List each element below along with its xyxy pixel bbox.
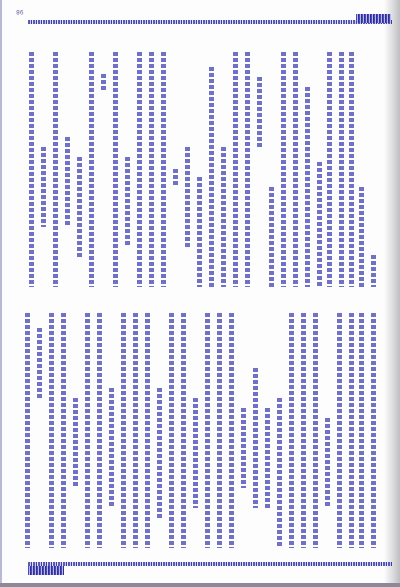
text-line [25,313,30,548]
text-column [312,300,319,548]
text-column [84,300,91,548]
text-column [370,42,377,287]
text-column [244,42,251,287]
text-column [220,42,227,287]
text-column [60,300,67,548]
text-line [161,52,166,287]
page-left-edge [0,0,2,587]
text-line [125,157,130,247]
text-column [276,300,283,548]
text-line [359,187,364,287]
text-line [277,398,282,548]
text-line [209,67,214,287]
text-line [49,313,54,548]
text-column [40,42,47,227]
text-column [180,300,187,548]
text-column [358,42,365,287]
text-line [185,147,190,247]
text-line [133,313,138,548]
text-line [269,187,274,287]
text-line [337,313,342,548]
text-line [253,368,258,508]
text-column [76,42,83,257]
text-column [326,42,333,287]
text-line [109,388,114,508]
text-column [48,300,55,548]
text-column [36,300,43,398]
text-line [149,52,154,287]
upper-text-tier [22,42,382,287]
text-line [169,313,174,548]
text-column [304,42,311,287]
top-right-ornament-block [356,14,391,23]
text-line [77,157,82,257]
text-line [89,52,94,287]
text-column [196,42,203,287]
text-column [292,42,299,287]
text-line [339,52,344,287]
text-line [193,398,198,508]
lower-text-tier [22,300,382,548]
text-column [112,42,119,287]
text-column [256,42,263,147]
text-column [348,42,355,287]
text-line [265,408,270,508]
text-line [325,418,330,508]
text-column [264,300,271,508]
text-column [192,300,199,508]
text-line [197,177,202,287]
text-column [172,42,179,187]
text-line [301,313,306,548]
text-column [96,300,103,548]
text-line [53,52,58,287]
text-column [120,300,127,548]
text-line [73,398,78,488]
text-line [121,313,126,548]
text-line [281,52,286,287]
text-column [136,42,143,287]
text-column [52,42,59,287]
text-line [317,162,322,287]
text-column [268,42,275,287]
text-line [313,313,318,548]
text-column [64,42,71,227]
text-line [37,328,42,398]
text-column [208,42,215,287]
text-line [233,52,238,287]
text-line [229,313,234,548]
text-column [184,42,191,247]
text-line [145,313,150,548]
text-column [108,300,115,508]
bottom-ornamental-border [28,562,392,566]
text-column [280,42,287,287]
text-line [157,388,162,518]
text-column [124,42,131,247]
page-number: 98 [16,8,24,15]
page-bottom-edge [0,583,400,587]
text-line [241,408,246,488]
text-column [216,300,223,548]
text-line [371,313,376,548]
text-column [228,300,235,548]
text-column [100,42,107,92]
text-line [61,313,66,548]
text-line [65,137,70,227]
text-column [252,300,259,508]
text-line [101,74,106,92]
text-column [204,300,211,548]
text-line [113,52,118,287]
text-column [370,300,377,548]
text-column [240,300,247,488]
text-line [371,255,376,287]
text-line [97,313,102,548]
text-column [160,42,167,287]
text-column [324,300,331,508]
text-line [221,147,226,287]
text-column [288,300,295,548]
text-line [173,169,178,187]
text-column [316,42,323,287]
text-column [232,42,239,287]
text-column [144,300,151,548]
text-column [132,300,139,548]
text-line [349,313,354,548]
text-line [137,52,142,287]
bottom-left-ornament-block [28,566,64,575]
text-column [24,300,31,548]
top-ornamental-border [28,20,392,24]
text-line [349,52,354,287]
binding-gutter-shadow [384,0,400,587]
text-column [156,300,163,518]
text-column [300,300,307,548]
text-line [29,52,34,287]
text-line [293,52,298,287]
text-line [41,147,46,227]
text-column [72,300,79,488]
text-column [338,42,345,287]
text-line [257,77,262,147]
text-column [358,300,365,548]
text-line [181,313,186,548]
text-line [217,313,222,548]
text-column [168,300,175,548]
text-column [348,300,355,548]
text-line [305,87,310,287]
text-column [28,42,35,287]
text-line [205,313,210,548]
book-page: 98 [0,0,400,587]
text-line [327,52,332,287]
text-column [88,42,95,287]
text-line [289,313,294,548]
text-line [359,313,364,548]
text-line [245,52,250,287]
text-line [85,313,90,548]
text-column [148,42,155,287]
text-column [336,300,343,548]
